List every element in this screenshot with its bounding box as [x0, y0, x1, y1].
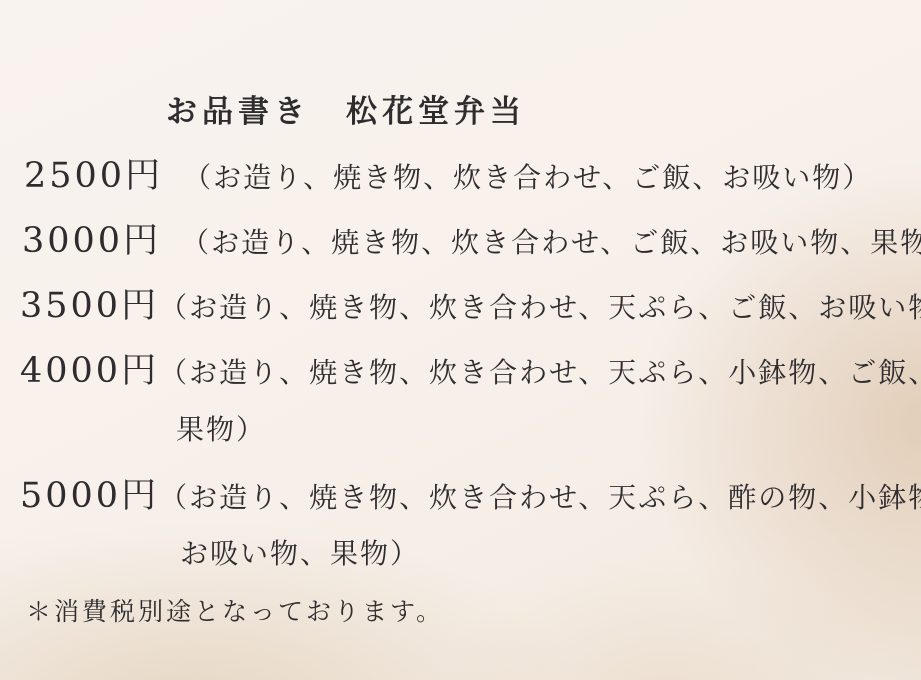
menu-item-5000-contents-line2: お吸い物、果物）	[180, 537, 420, 570]
menu-item-3000: 3000円（お造り、焼き物、炊き合わせ、ご飯、お吸い物、果物）	[22, 213, 921, 263]
menu-item-3000-price: 3000円	[22, 221, 161, 261]
menu-item-5000-contents: （お造り、焼き物、炊き合わせ、天ぷら、酢の物、小鉢物、ご飯、	[159, 481, 921, 514]
menu-item-5000-contents-continued: お吸い物、果物）	[180, 532, 420, 572]
menu-paper: お品書き 松花堂弁当 2500円（お造り、焼き物、炊き合わせ、ご飯、お吸い物） …	[0, 0, 921, 680]
menu-item-4000-price: 4000円	[20, 351, 159, 391]
menu-item-3500-price: 3500円	[20, 286, 159, 326]
menu-item-4000-contents-continued: 果物）	[176, 408, 266, 448]
menu-item-4000-contents: （お造り、焼き物、炊き合わせ、天ぷら、小鉢物、ご飯、お吸い物、	[159, 356, 921, 389]
menu-item-4000: 4000円（お造り、焼き物、炊き合わせ、天ぷら、小鉢物、ご飯、お吸い物、	[20, 343, 921, 393]
menu-item-3500-contents: （お造り、焼き物、炊き合わせ、天ぷら、ご飯、お吸い物、果物）	[159, 291, 921, 324]
menu-item-2500: 2500円（お造り、焼き物、炊き合わせ、ご飯、お吸い物）	[24, 148, 872, 198]
menu-item-3500: 3500円（お造り、焼き物、炊き合わせ、天ぷら、ご飯、お吸い物、果物）	[20, 278, 921, 328]
menu-item-2500-contents: （お造り、焼き物、炊き合わせ、ご飯、お吸い物）	[183, 161, 872, 194]
menu-item-4000-contents-line2: 果物）	[176, 413, 266, 446]
tax-note: ＊消費税別途となっております。	[26, 592, 444, 628]
menu-item-5000: 5000円（お造り、焼き物、炊き合わせ、天ぷら、酢の物、小鉢物、ご飯、	[20, 468, 921, 518]
menu-item-2500-price: 2500円	[24, 156, 163, 196]
menu-title: お品書き 松花堂弁当	[166, 86, 526, 131]
menu-item-3000-contents: （お造り、焼き物、炊き合わせ、ご飯、お吸い物、果物）	[181, 226, 921, 259]
menu-item-5000-price: 5000円	[20, 476, 159, 516]
